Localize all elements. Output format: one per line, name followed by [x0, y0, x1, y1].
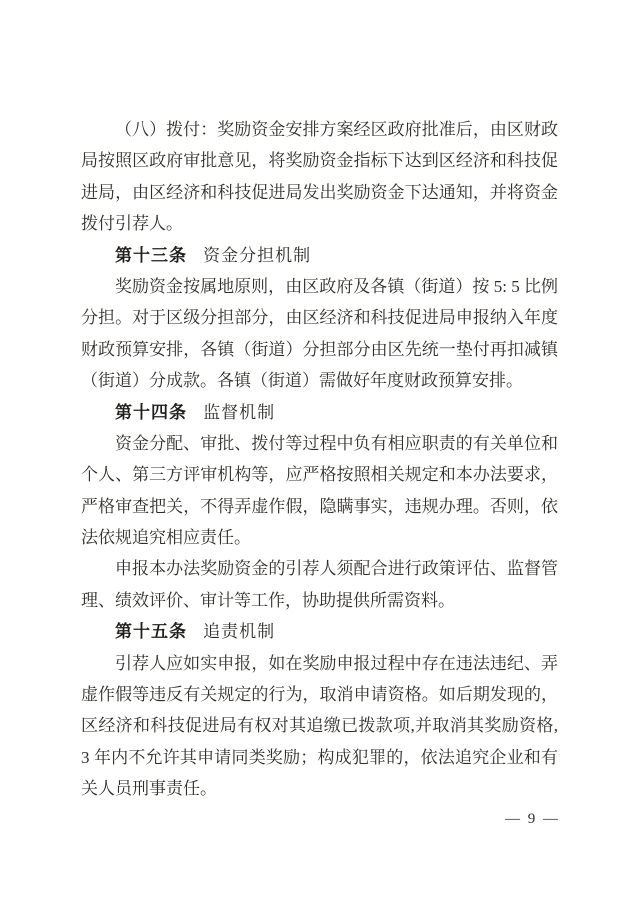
paragraph-line: 资金分配、审批、拨付等过程中负有相应职责的有关单位和: [81, 428, 558, 459]
section-title: 追责机制: [203, 622, 275, 641]
paragraph-line: 严格审查把关，不得弄虚作假，隐瞒事实，违规办理。否则，依: [81, 491, 558, 522]
section-number: 第十五条: [115, 622, 187, 641]
paragraph-line: 虚作假等违反有关规定的行为，取消申请资格。如后期发现的，: [81, 679, 558, 710]
section-heading: 第十四条监督机制: [81, 397, 558, 428]
paragraph-line: 理、绩效评价、审计等工作，协助提供所需资料。: [81, 585, 558, 616]
paragraph-line: 奖励资金按属地原则，由区政府及各镇（街道）按 5: 5 比例: [81, 271, 558, 302]
paragraph-line: 3 年内不允许其申请同类奖励；构成犯罪的，依法追究企业和有: [81, 742, 558, 773]
section-heading: 第十五条追责机制: [81, 616, 558, 647]
paragraph-line: 引荐人应如实申报，如在奖励申报过程中存在违法违纪、弄: [81, 648, 558, 679]
document-body: （八）拨付：奖励资金安排方案经区政府批准后，由区财政局按照区政府审批意见，将奖励…: [81, 114, 558, 805]
section-heading: 第十三条资金分担机制: [81, 240, 558, 271]
paragraph-line: （八）拨付：奖励资金安排方案经区政府批准后，由区财政: [81, 114, 558, 145]
paragraph-line: 个人、第三方评审机构等，应严格按照相关规定和本办法要求，: [81, 459, 558, 490]
paragraph-line: 拨付引荐人。: [81, 208, 558, 239]
paragraph-line: 区经济和科技促进局有权对其追缴已拨款项,并取消其奖励资格,: [81, 710, 558, 741]
section-title: 资金分担机制: [203, 246, 311, 265]
section-number: 第十三条: [115, 246, 187, 265]
paragraph-line: 法依规追究相应责任。: [81, 522, 558, 553]
document-page: （八）拨付：奖励资金安排方案经区政府批准后，由区财政局按照区政府审批意见，将奖励…: [0, 0, 640, 905]
paragraph-line: 关人员刑事责任。: [81, 773, 558, 804]
section-title: 监督机制: [203, 403, 275, 422]
section-number: 第十四条: [115, 403, 187, 422]
paragraph-line: （街道）分成款。各镇（街道）需做好年度财政预算安排。: [81, 365, 558, 396]
paragraph-line: 进局，由区经济和科技促进局发出奖励资金下达通知，并将资金: [81, 177, 558, 208]
paragraph-line: 分担。对于区级分担部分，由区经济和科技促进局申报纳入年度: [81, 302, 558, 333]
paragraph-line: 申报本办法奖励资金的引荐人须配合进行政策评估、监督管: [81, 553, 558, 584]
page-number: — 9 —: [505, 811, 560, 827]
paragraph-line: 局按照区政府审批意见，将奖励资金指标下达到区经济和科技促: [81, 145, 558, 176]
paragraph-line: 财政预算安排，各镇（街道）分担部分由区先统一垫付再扣减镇: [81, 334, 558, 365]
page-footer: — 9 —: [81, 807, 560, 831]
